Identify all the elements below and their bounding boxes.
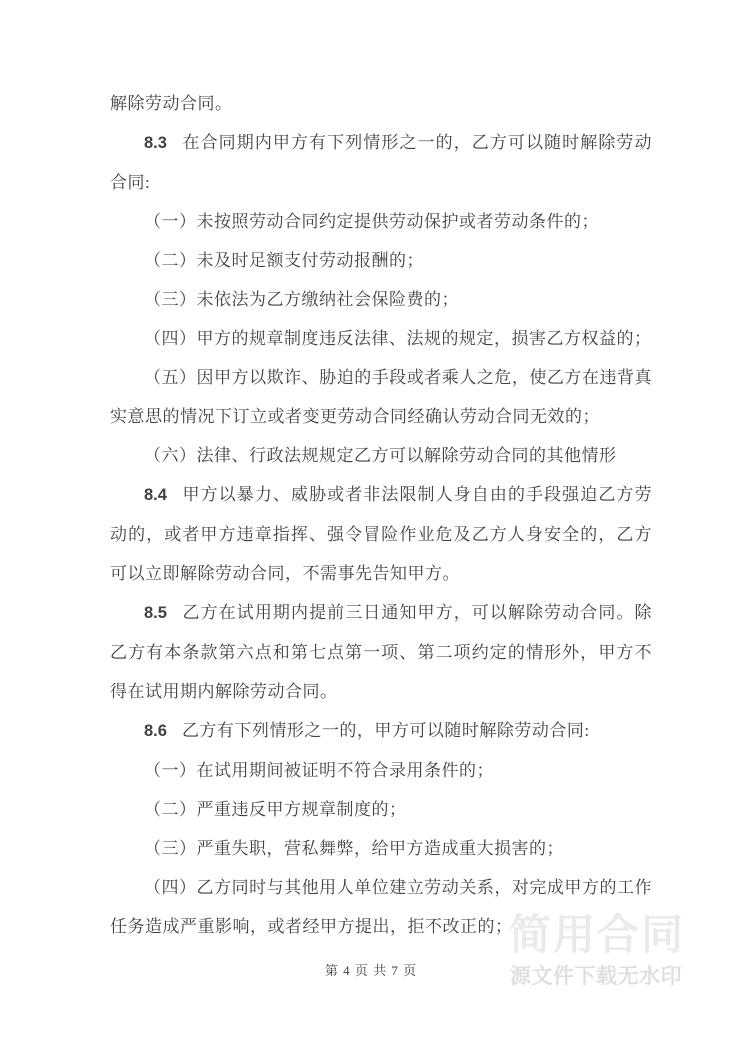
paragraph-text: （四）乙方同时与其他用人单位建立劳动关系，对完成甲方的工作任务造成严重影响，或者… [110, 878, 652, 936]
paragraph-text: 甲方以暴力、威胁或者非法限制人身自由的手段强迫乙方劳动的，或者甲方违章指挥、强令… [110, 485, 652, 583]
paragraph-text: （二）未及时足额支付劳动报酬的； [144, 251, 424, 270]
paragraph-text: （三）未依法为乙方缴纳社会保险费的； [144, 290, 459, 309]
paragraph-text: （六）法律、行政法规规定乙方可以解除劳动合同的其他情形 [144, 446, 617, 465]
document-body: 解除劳动合同。8.3在合同期内甲方有下列情形之一的，乙方可以随时解除劳动合同:（… [110, 84, 652, 946]
item-paragraph: （五）因甲方以欺诈、胁迫的手段或者乘人之危，使乙方在违背真实意思的情况下订立或者… [110, 358, 652, 436]
item-paragraph: （二）严重违反甲方规章制度的； [110, 790, 652, 829]
clause-number: 8.3 [144, 134, 167, 152]
clause-number: 8.6 [144, 722, 167, 740]
paragraph-text: 解除劳动合同。 [110, 94, 233, 113]
clause-paragraph: 8.5乙方在试用期内提前三日通知甲方，可以解除劳动合同。除乙方有本条款第六点和第… [110, 593, 652, 711]
item-paragraph: （六）法律、行政法规规定乙方可以解除劳动合同的其他情形 [110, 436, 652, 475]
paragraph-text: （三）严重失职，营私舞弊，给甲方造成重大损害的； [144, 839, 564, 858]
item-paragraph: （三）严重失职，营私舞弊，给甲方造成重大损害的； [110, 829, 652, 868]
page-number-footer: 第 4 页 共 7 页 [0, 960, 742, 979]
item-paragraph: （四）甲方的规章制度违反法律、法规的规定，损害乙方权益的； [110, 319, 652, 358]
clause-number: 8.4 [144, 486, 167, 504]
item-paragraph: （二）未及时足额支付劳动报酬的； [110, 241, 652, 280]
paragraph-text: （一）未按照劳动合同约定提供劳动保护或者劳动条件的； [144, 212, 599, 231]
paragraph-text: （五）因甲方以欺诈、胁迫的手段或者乘人之危，使乙方在违背真实意思的情况下订立或者… [110, 368, 652, 426]
paragraph-text: 乙方有下列情形之一的，甲方可以随时解除劳动合同: [182, 721, 590, 740]
paragraph-text: 在合同期内甲方有下列情形之一的，乙方可以随时解除劳动合同: [110, 133, 652, 192]
clause-number: 8.5 [144, 604, 167, 622]
paragraph-text: 乙方在试用期内提前三日通知甲方，可以解除劳动合同。除乙方有本条款第六点和第七点第… [110, 603, 652, 701]
item-paragraph: （一）在试用期间被证明不符合录用条件的； [110, 751, 652, 790]
paragraph-text: （四）甲方的规章制度违反法律、法规的规定，损害乙方权益的； [144, 329, 652, 348]
item-paragraph: （四）乙方同时与其他用人单位建立劳动关系，对完成甲方的工作任务造成严重影响，或者… [110, 868, 652, 946]
clause-paragraph: 8.6乙方有下列情形之一的，甲方可以随时解除劳动合同: [110, 711, 652, 751]
item-paragraph: （三）未依法为乙方缴纳社会保险费的； [110, 280, 652, 319]
paragraph-text: （一）在试用期间被证明不符合录用条件的； [144, 761, 494, 780]
item-paragraph: （一）未按照劳动合同约定提供劳动保护或者劳动条件的； [110, 202, 652, 241]
contract-page: 简用合同 源文件下载无水印 解除劳动合同。8.3在合同期内甲方有下列情形之一的，… [0, 0, 742, 1049]
paragraph-text: （二）严重违反甲方规章制度的； [144, 800, 407, 819]
clause-paragraph: 8.3在合同期内甲方有下列情形之一的，乙方可以随时解除劳动合同: [110, 123, 652, 202]
continuation-paragraph: 解除劳动合同。 [110, 84, 652, 123]
clause-paragraph: 8.4甲方以暴力、威胁或者非法限制人身自由的手段强迫乙方劳动的，或者甲方违章指挥… [110, 475, 652, 593]
